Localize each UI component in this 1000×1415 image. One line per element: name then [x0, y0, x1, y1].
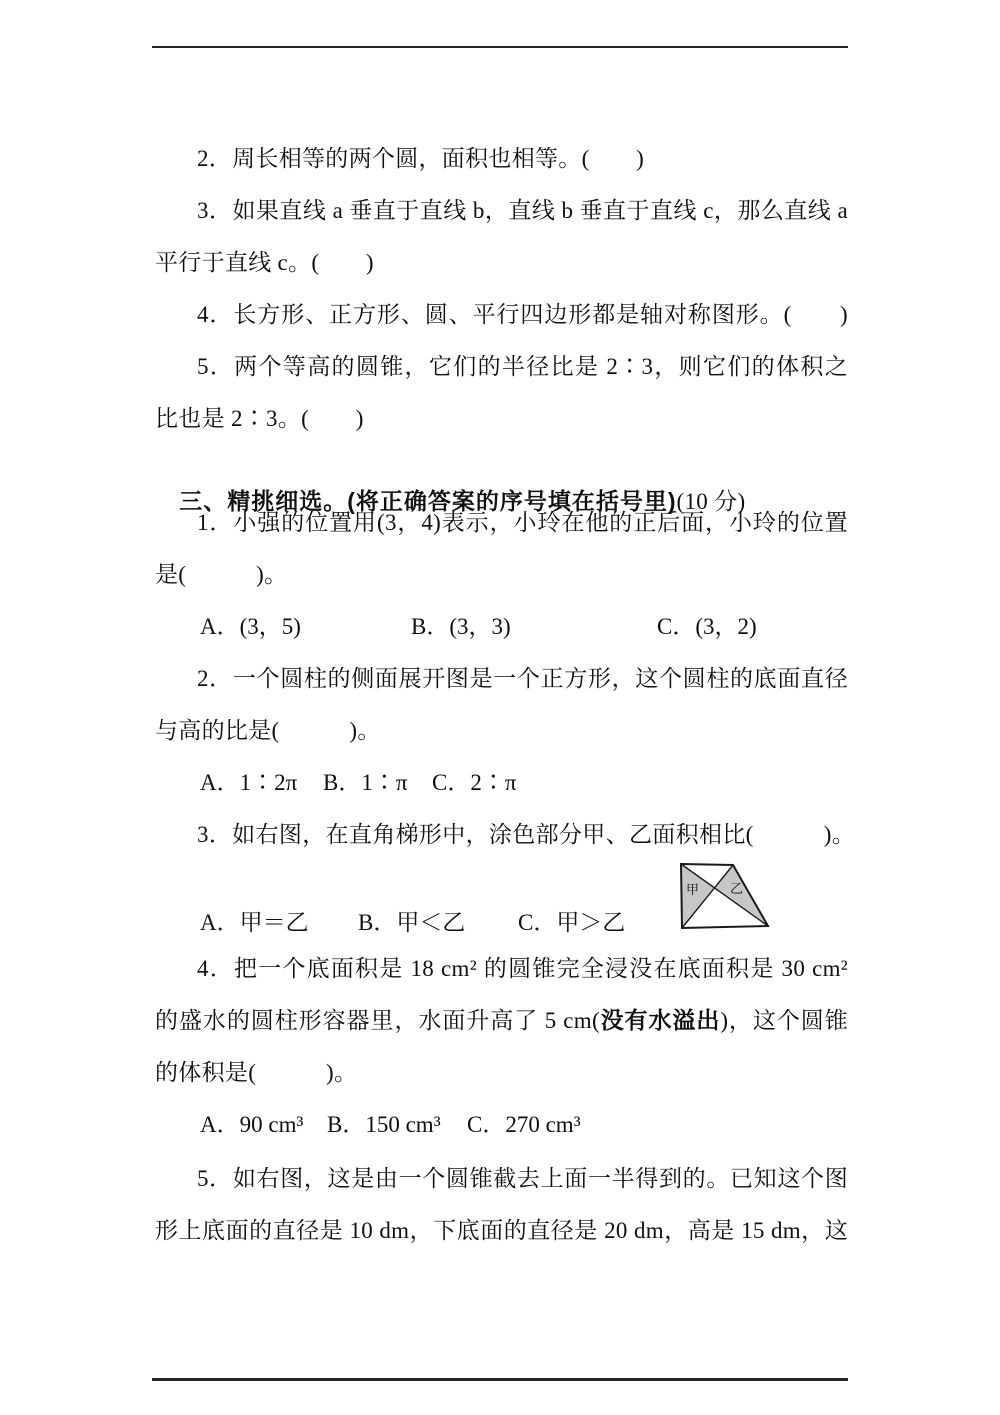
worksheet-page: 2．周长相等的两个圆，面积也相等。( ) 3．如果直线 a 垂直于直线 b，直线… — [0, 0, 1000, 1415]
figure-label-yi: 乙 — [730, 881, 743, 896]
q4-line2-regular-pre: 的盛水的圆柱形容器里，水面升高了 5 cm( — [155, 1008, 600, 1033]
choice-question-4-line2: 的盛水的圆柱形容器里，水面升高了 5 cm(没有水溢出)，这个圆锥 — [155, 1005, 848, 1036]
q4-option-c: C．270 cm³ — [467, 1109, 581, 1140]
q1-option-a: A．(3，5) — [200, 611, 301, 642]
choice-question-5-line1: 5．如右图，这是由一个圆锥截去上面一半得到的。已知这个图 — [197, 1163, 848, 1194]
figure-label-jia: 甲 — [686, 882, 699, 897]
q4-option-a: A．90 cm³ — [200, 1109, 303, 1140]
judge-question-5-line2: 比也是 2∶3。( ) — [155, 403, 364, 434]
choice-question-1-line1: 1．小强的位置用(3，4)表示，小玲在他的正后面，小玲的位置 — [197, 507, 848, 538]
judge-question-4: 4．长方形、正方形、圆、平行四边形都是轴对称图形。( ) — [197, 299, 848, 330]
q3-option-a: A．甲＝乙 — [200, 907, 309, 938]
trapezoid-figure: 甲 乙 — [670, 858, 770, 932]
q4-line2-bold: 没有水溢出 — [600, 1007, 720, 1033]
choice-question-4-line3: 的体积是( )。 — [155, 1057, 357, 1088]
judge-question-5-line1: 5．两个等高的圆锥，它们的半径比是 2∶3，则它们的体积之 — [197, 351, 848, 382]
judge-question-3-line2: 平行于直线 c。( ) — [155, 247, 374, 278]
bottom-divider — [152, 1378, 848, 1381]
q2-option-b: B．1∶π — [323, 767, 407, 798]
choice-question-2-line1: 2．一个圆柱的侧面展开图是一个正方形，这个圆柱的底面直径 — [197, 663, 848, 694]
q3-option-c: C．甲＞乙 — [518, 907, 625, 938]
judge-question-2: 2．周长相等的两个圆，面积也相等。( ) — [197, 143, 644, 174]
q4-line2-regular-post: )，这个圆锥 — [720, 1008, 848, 1033]
q2-option-a: A．1∶2π — [200, 767, 297, 798]
top-divider — [152, 46, 848, 48]
q4-option-b: B．150 cm³ — [327, 1109, 441, 1140]
choice-question-4-line1: 4．把一个底面积是 18 cm² 的圆锥完全浸没在底面积是 30 cm² — [197, 953, 848, 984]
q1-option-b: B．(3，3) — [411, 611, 511, 642]
q3-option-b: B．甲＜乙 — [358, 907, 465, 938]
q2-option-c: C．2∶π — [432, 767, 516, 798]
choice-question-2-line2: 与高的比是( )。 — [155, 715, 381, 746]
choice-question-3-line1: 3．如右图，在直角梯形中，涂色部分甲、乙面积相比( )。 — [197, 819, 855, 850]
choice-question-1-line2: 是( )。 — [155, 559, 287, 590]
q1-option-c: C．(3，2) — [657, 611, 757, 642]
choice-question-5-line2: 形上底面的直径是 10 dm，下底面的直径是 20 dm，高是 15 dm，这 — [155, 1215, 848, 1246]
judge-question-3-line1: 3．如果直线 a 垂直于直线 b，直线 b 垂直于直线 c，那么直线 a — [197, 195, 848, 226]
